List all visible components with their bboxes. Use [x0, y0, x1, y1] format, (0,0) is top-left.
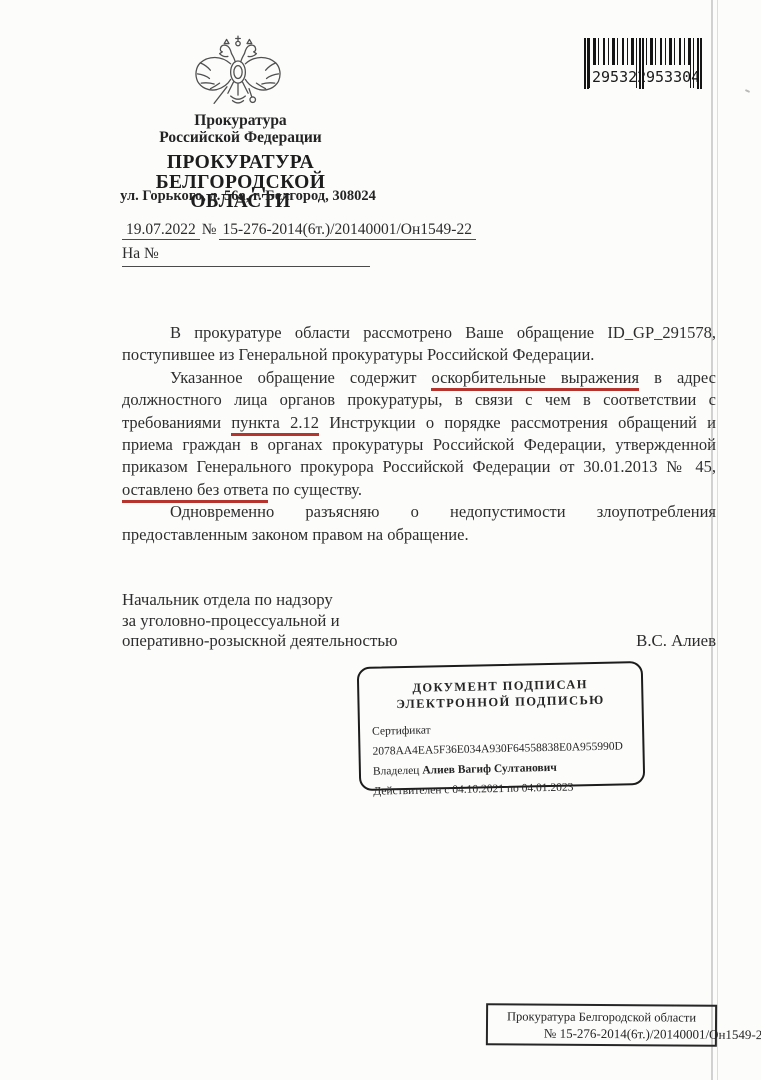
red-underlined-phrase: пункта 2.12: [231, 413, 319, 436]
body-segment: поступившее из Генеральной прокуратуры Р…: [122, 345, 594, 364]
document-number: 15-276-2014(6т.)/20140001/Он1549-22: [219, 221, 476, 240]
signature-position-line: Начальник отдела по надзору: [122, 590, 716, 611]
signature-block: Начальник отдела по надзоруза уголовно-п…: [122, 590, 716, 652]
body-line: поступившее из Генеральной прокуратуры Р…: [122, 344, 716, 366]
red-underlined-phrase: оскорбительные выражения: [431, 368, 639, 391]
body-text: В прокуратуре области рассмотрено Ваше о…: [122, 322, 716, 546]
body-segment: Инструкции о порядке рассмотрения обраще…: [319, 413, 716, 432]
body-line: оставлено без ответа по существу.: [122, 479, 716, 501]
stamp-title: ДОКУМЕНТ ПОДПИСАН ЭЛЕКТРОННОЙ ПОДПИСЬЮ: [359, 675, 642, 713]
org-parent-line: Прокуратура: [103, 112, 378, 129]
coat-of-arms-eagle-emblem: [192, 34, 284, 112]
body-segment: предоставленным законом правом на обраще…: [122, 525, 469, 544]
reference-line: 19.07.2022№15-276-2014(6т.)/20140001/Он1…: [122, 221, 542, 239]
certificate-value: 2078AA4EA5F36E034A930F64558838E0A955990D: [372, 740, 623, 757]
document-date: 19.07.2022: [122, 221, 200, 240]
body-segment: должностного лица органов прокуратуры, в…: [122, 390, 716, 409]
signature-position-line: за уголовно-процессуальной и: [122, 611, 716, 632]
body-segment: требованиями: [122, 413, 231, 432]
validity-to-label: по: [507, 783, 519, 795]
body-line: требованиями пункта 2.12 Инструкции о по…: [122, 412, 716, 434]
owner-value: Алиев Вагиф Султанович: [422, 762, 557, 777]
body-line: приказом Генерального прокурора Российск…: [122, 456, 716, 478]
barcode-guard: [639, 38, 644, 89]
org-parent-name: Прокуратура Российской Федерации: [103, 112, 378, 146]
stamp-certificate-line: Сертификат 2078AA4EA5F36E034A930F6455883…: [372, 716, 643, 762]
barcode-digits-left: 295322: [592, 65, 636, 89]
body-line: В прокуратуре области рассмотрено Ваше о…: [122, 322, 716, 344]
body-segment: Указанное обращение содержит: [170, 368, 431, 387]
signature-position-line: оперативно-розыскной деятельностью: [122, 631, 716, 652]
owner-label: Владелец: [373, 765, 420, 778]
body-line: должностного лица органов прокуратуры, в…: [122, 389, 716, 411]
body-segment: В прокуратуре области рассмотрено Ваше о…: [170, 323, 716, 342]
stamp-details: Сертификат 2078AA4EA5F36E034A930F6455883…: [372, 716, 644, 802]
reply-to-number-line: На №: [122, 245, 370, 267]
org-parent-line: Российской Федерации: [103, 129, 378, 146]
org-address: ул. Горького, д. 56а, г. Белгород, 30802…: [108, 188, 388, 205]
body-segment: Одновременно разъясняю о недопустимости …: [170, 502, 716, 521]
registration-number: № 15-276-2014(6т.)/20140001/Он1549-22: [544, 1026, 715, 1043]
number-sign: №: [202, 221, 217, 238]
signer-name: В.С. Алиев: [636, 631, 716, 652]
barcode: 295322 953304: [584, 38, 702, 90]
org-name-line: ПРОКУРАТУРА: [103, 153, 378, 173]
body-line: предоставленным законом правом на обраще…: [122, 524, 716, 546]
stamp-validity-line: Действителен с 04.10.2021 по 04.01.2023: [373, 776, 643, 802]
body-line: приема граждан в органах прокуратуры Рос…: [122, 434, 716, 456]
registration-box: Прокуратура Белгородской области № 15-27…: [486, 1003, 717, 1047]
body-segment: в адрес: [639, 368, 716, 387]
body-line: Одновременно разъясняю о недопустимости …: [122, 501, 716, 523]
validity-label: Действителен с: [373, 784, 449, 798]
scan-speck: [745, 89, 750, 93]
body-line: Указанное обращение содержит оскорбитель…: [122, 367, 716, 389]
scan-artifact-line: [717, 0, 718, 1080]
certificate-label: Сертификат: [372, 724, 431, 737]
validity-from: 04.10.2021: [452, 783, 504, 796]
registration-org: Прокуратура Белгородской области: [488, 1009, 715, 1026]
body-segment: по существу.: [268, 480, 362, 499]
barcode-guard: [584, 38, 589, 89]
reply-to-label: На №: [122, 245, 159, 262]
scanned-letter-page: 295322 953304 Прокуратура Российской Фед…: [0, 0, 761, 1080]
validity-to: 04.01.2023: [522, 781, 574, 794]
electronic-signature-stamp: ДОКУМЕНТ ПОДПИСАН ЭЛЕКТРОННОЙ ПОДПИСЬЮ С…: [357, 661, 646, 791]
body-segment: приема граждан в органах прокуратуры Рос…: [122, 435, 716, 454]
signature-position: Начальник отдела по надзоруза уголовно-п…: [122, 590, 716, 652]
barcode-digits-right: 953304: [646, 65, 690, 89]
barcode-guard: [697, 38, 702, 89]
red-underlined-phrase: оставлено без ответа: [122, 480, 268, 503]
body-segment: приказом Генерального прокурора Российск…: [122, 457, 716, 476]
